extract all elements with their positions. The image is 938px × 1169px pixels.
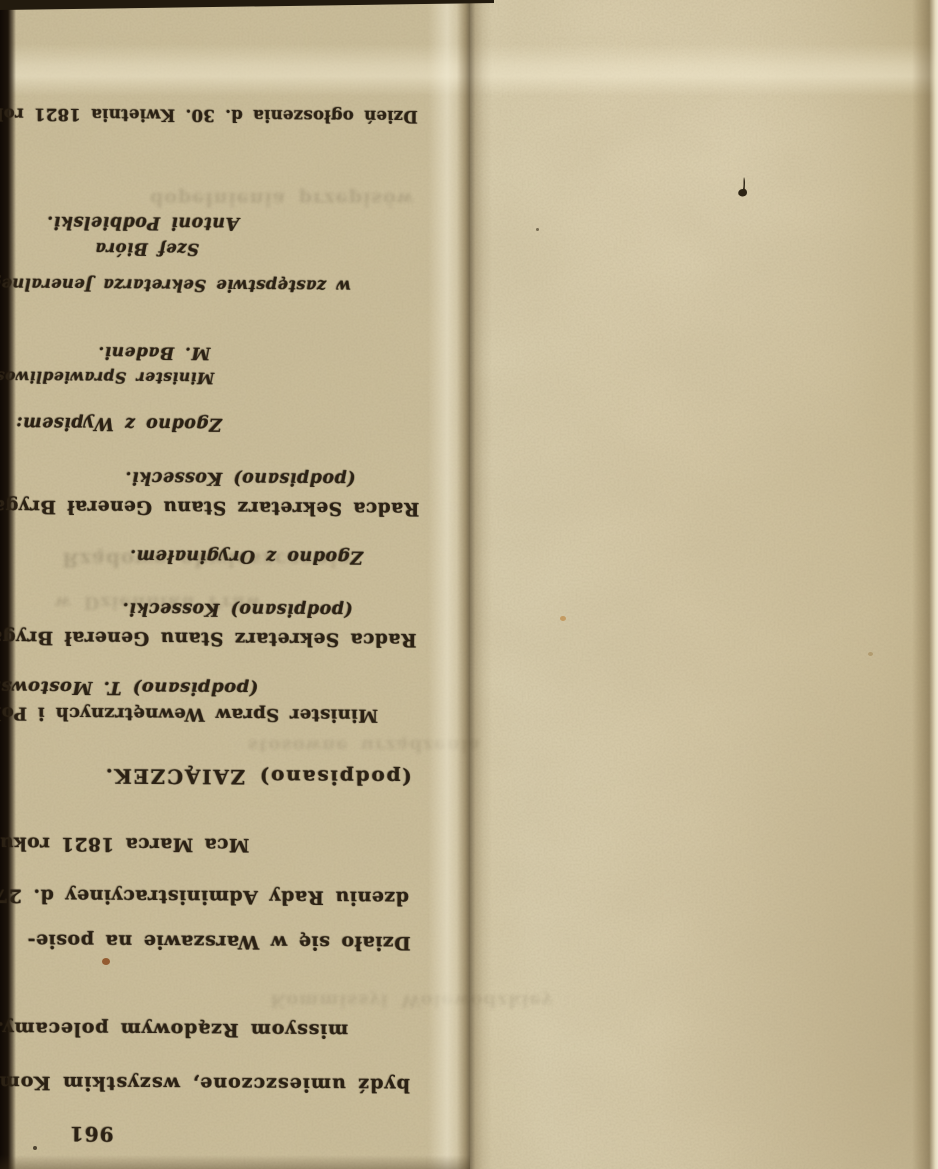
text-line-minister-sprawiedliwosci: Minister Sprawiedliwości.: [0, 367, 214, 387]
text-line-dzialo: Działo się w Warszawie na posie-: [27, 930, 411, 954]
text-line-dzien-ogloszenia: Dzień ogłoszenia d. 30. Kwietnia 1821 ro…: [0, 104, 418, 126]
text-line-zgodno-z-oryginalem: Zgodno z Oryginałem.: [130, 545, 364, 566]
text-line-podpisano-kossecki-1: (podpisano) Kossecki.: [122, 598, 353, 619]
text-line-szef-biora: Szef Bióra: [95, 239, 199, 259]
text-line-antoni-podbielski: Antoni Podbielski.: [47, 212, 240, 233]
ink-blot: [737, 177, 751, 201]
book-scan: dopełnienia przepisów Rządowe obwieszcze…: [0, 0, 938, 1169]
page-number: 961: [69, 1122, 114, 1146]
text-line-dzeniu: dzeniu Rady Administracyiney d. 27.: [0, 884, 409, 909]
text-line-podpisano-kossecki-2: (podpisano) Kossecki.: [125, 467, 356, 488]
ink-speck: [536, 228, 539, 231]
printed-text-block-rotated: 961 bydź umieszczone, wszystkim Kom- mis…: [11, 0, 462, 1169]
stain-speck: [560, 616, 566, 621]
page-edge-right: [912, 0, 938, 1169]
text-line-radca-sekretarz-1: Radca Sekretarz Stanu Generał Brygady: [0, 626, 417, 650]
text-line-missyom: missyom Rządowym polecamy.: [0, 1018, 348, 1042]
text-line-badeni: M. Badeni.: [98, 342, 211, 363]
ink-speck: [33, 1146, 37, 1150]
stain-speck: [868, 652, 873, 656]
text-line-mca-marca: Mca Marca 1821 roku.: [0, 833, 249, 856]
text-line-bydz: bydź umieszczone, wszystkim Kom-: [0, 1071, 410, 1096]
text-line-radca-sekretarz-2: Radca Sekretarz Stanu Generał Brygady: [0, 495, 420, 519]
text-line-zgodno-z-wypisem: Zgodno z Wypisem:: [16, 413, 222, 434]
rust-speck: [102, 958, 110, 965]
text-line-podpisano-mostowski: (podpisano) T. Mostowski.: [0, 676, 258, 699]
text-line-podpisano-zaiaczek: (podpisano) ZAIĄCZEK.: [104, 764, 412, 790]
text-line-w-zastepstwie: w zastępstwie Sekretarza Jeneralnego: [0, 274, 351, 295]
text-line-minister-spraw-wewnetrznych: Minister Spraw Wewnętrznych i Policyi: [0, 702, 378, 726]
